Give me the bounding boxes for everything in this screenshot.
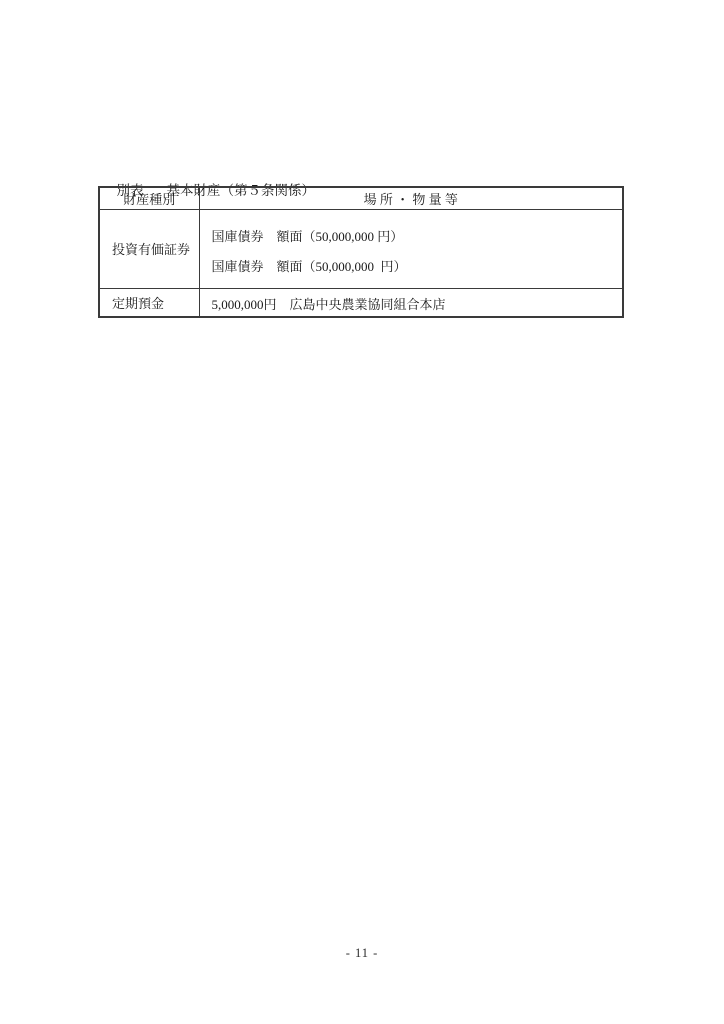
asset-detail-cell: 5,000,000円 広島中央農業協同組合本店 — [199, 288, 623, 317]
header-location-quantity: 場 所 ・ 物 量 等 — [199, 187, 623, 209]
asset-type-cell: 定期預金 — [99, 288, 199, 317]
table-header-row: 財産種別 場 所 ・ 物 量 等 — [99, 187, 623, 209]
basic-assets-table: 財産種別 場 所 ・ 物 量 等 投資有価証券 国庫債券 額面（50,000,0… — [98, 186, 624, 318]
asset-type-cell: 投資有価証券 — [99, 209, 199, 288]
asset-detail-cell: 国庫債券 額面（50,000,000 円） 国庫債券 額面（50,000,000… — [199, 209, 623, 288]
detail-line: 国庫債券 額面（50,000,000 円） — [212, 252, 619, 282]
header-asset-type: 財産種別 — [99, 187, 199, 209]
detail-line: 国庫債券 額面（50,000,000 円） — [212, 222, 619, 252]
table-row: 投資有価証券 国庫債券 額面（50,000,000 円） 国庫債券 額面（50,… — [99, 209, 623, 288]
page-number: - 11 - — [0, 946, 724, 961]
document-page: 別表基本財産（第５条関係） 財産種別 場 所 ・ 物 量 等 投資有価証券 国庫… — [0, 0, 724, 1024]
table-row: 定期預金 5,000,000円 広島中央農業協同組合本店 — [99, 288, 623, 317]
